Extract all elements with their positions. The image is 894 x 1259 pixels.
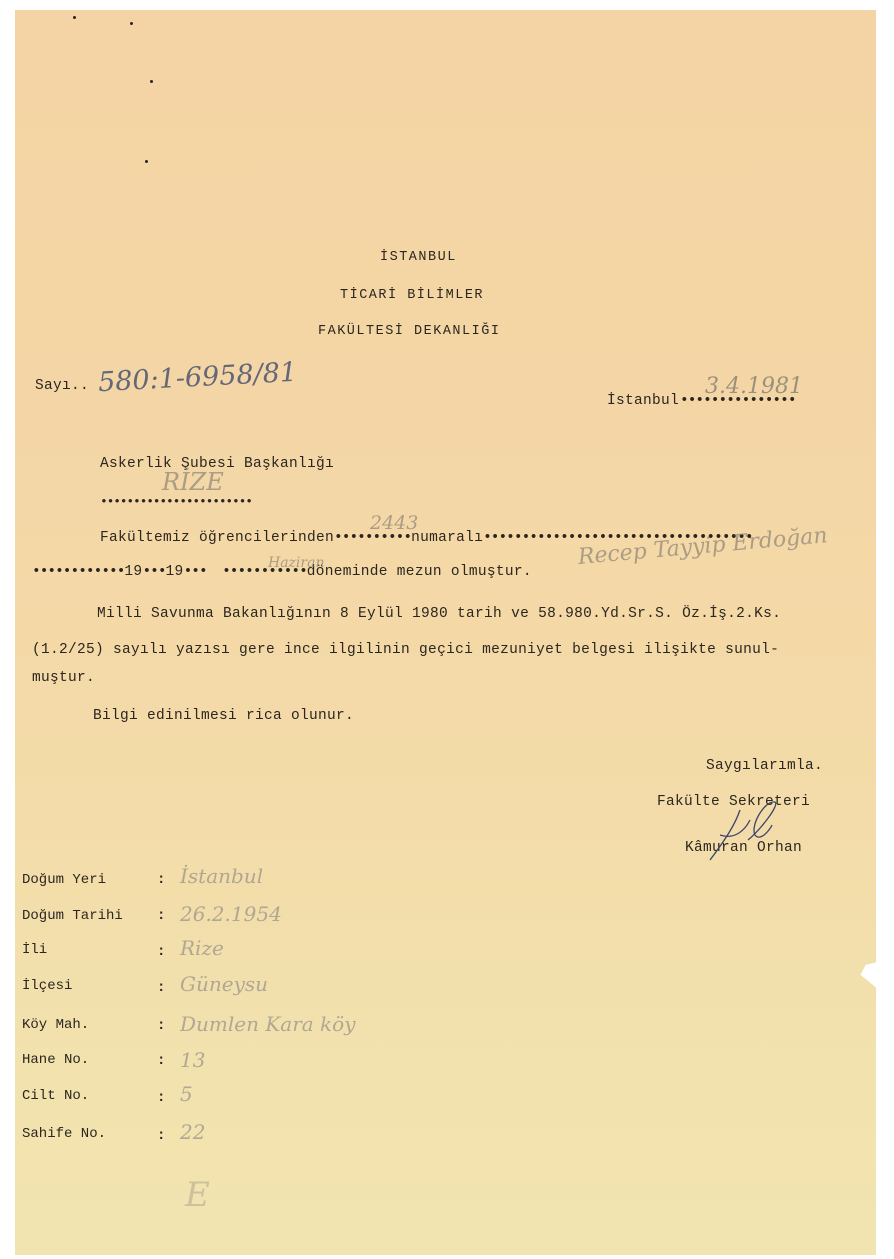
term-handwritten: Haziran	[268, 555, 324, 571]
recipient-city: RİZE	[162, 468, 224, 496]
info-value: 13	[180, 1048, 205, 1072]
info-label: Hane No.	[22, 1052, 89, 1068]
info-colon: :	[157, 872, 165, 888]
body-line-2-dots: ••••••••••••	[32, 564, 124, 580]
info-colon: :	[157, 1018, 165, 1034]
document-page	[15, 10, 876, 1255]
info-value: Rize	[180, 936, 224, 960]
paragraph-2-line-2: (1.2/25) sayılı yazısı gere ince ilgilin…	[32, 642, 779, 658]
paper-speck	[73, 16, 76, 19]
paper-speck	[130, 22, 133, 25]
info-value: İstanbul	[180, 864, 263, 888]
info-label: İlçesi	[22, 978, 72, 994]
reference-label: Sayı..	[35, 378, 89, 394]
paper-speck	[145, 160, 148, 163]
info-colon: :	[157, 1090, 165, 1106]
info-colon: :	[157, 1053, 165, 1069]
paragraph-3: Bilgi edinilmesi rica olunur.	[93, 708, 354, 724]
paper-speck	[150, 80, 153, 83]
info-label: Doğum Tarihi	[22, 908, 123, 924]
info-value: Güneysu	[180, 972, 268, 996]
city-label: İstanbul	[607, 393, 679, 409]
closing: Saygılarımla.	[706, 758, 823, 774]
info-value: 22	[180, 1120, 205, 1144]
reference-dots: ..	[71, 378, 89, 394]
info-label: Cilt No.	[22, 1088, 89, 1104]
info-label: Köy Mah.	[22, 1017, 89, 1033]
institution-line-3: FAKÜLTESİ DEKANLIĞI	[318, 324, 500, 339]
reference-label-text: Sayı	[35, 378, 71, 394]
info-value: Dumlen Kara köy	[180, 1012, 356, 1036]
institution-line-1: İSTANBUL	[380, 250, 457, 265]
info-label: İli	[22, 942, 47, 958]
student-number: 2443	[370, 512, 418, 534]
year-a: 19	[124, 564, 142, 580]
pencil-initial: E	[185, 1175, 210, 1215]
body-line-1-prefix: Fakültemiz öğrencilerinden	[100, 530, 334, 546]
info-colon: :	[157, 980, 165, 996]
info-colon: :	[157, 944, 165, 960]
info-colon: :	[157, 908, 165, 924]
paragraph-2-line-3: muştur.	[32, 670, 95, 686]
signature-scribble-icon	[700, 800, 790, 870]
info-label: Sahife No.	[22, 1126, 106, 1142]
body-line-2-suffix: döneminde mezun olmuştur.	[307, 564, 532, 580]
info-colon: :	[157, 1128, 165, 1144]
paragraph-2-line-1: Milli Savunma Bakanlığının 8 Eylül 1980 …	[97, 606, 781, 622]
recipient-dotted-line: •••••••••••••••••••••••	[100, 494, 252, 509]
body-line-1-suffix: numaralı	[411, 530, 483, 546]
date-handwritten: 3.4.1981	[705, 374, 803, 399]
info-value: 26.2.1954	[180, 902, 282, 926]
institution-line-2: TİCARİ BİLİMLER	[340, 288, 484, 303]
year-b: 19	[166, 564, 184, 580]
info-label: Doğum Yeri	[22, 872, 106, 888]
info-value: 5	[180, 1082, 193, 1106]
